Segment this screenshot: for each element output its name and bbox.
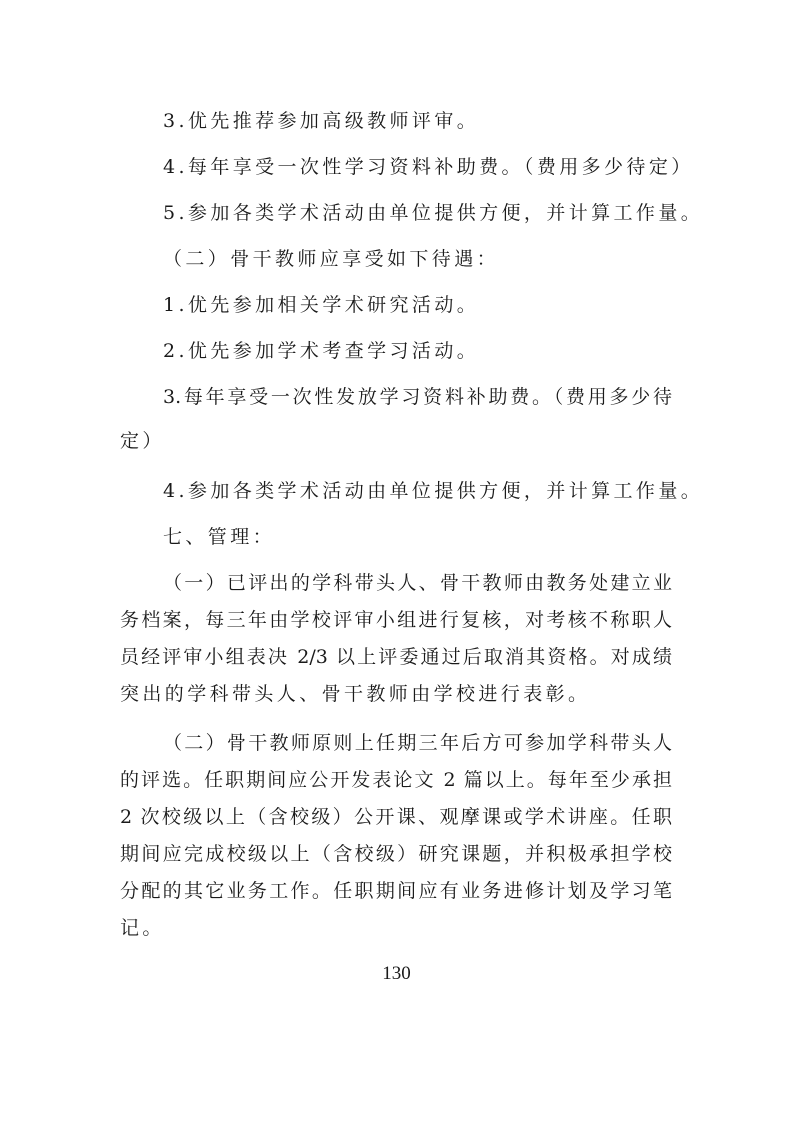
- text-line: 七、管理：: [163, 525, 672, 549]
- text-line: 3.优先推荐参加高级教师评审。: [163, 109, 672, 133]
- text-line: 定）: [120, 429, 672, 453]
- text-line: 期间应完成校级以上（含校级）研究课题，并积极承担学校: [120, 842, 672, 866]
- text-line: （二）骨干教师原则上任期三年后方可参加学科带头人: [163, 731, 672, 755]
- text-line: （二）骨干教师应享受如下待遇：: [163, 247, 672, 271]
- page-number: 130: [0, 962, 793, 986]
- text-line: 的评选。任职期间应公开发表论文 2 篇以上。每年至少承担: [120, 768, 672, 792]
- text-line: 3.每年享受一次性发放学习资料补助费。（费用多少待: [163, 385, 672, 409]
- text-line: 4.参加各类学术活动由单位提供方便，并计算工作量。: [163, 479, 672, 503]
- text-line: 员经评审小组表决 2/3 以上评委通过后取消其资格。对成绩: [120, 645, 672, 669]
- text-line: 分配的其它业务工作。任职期间应有业务进修计划及学习笔: [120, 879, 672, 903]
- text-line: （一）已评出的学科带头人、骨干教师由教务处建立业: [163, 571, 672, 595]
- text-line: 2 次校级以上（含校级）公开课、观摩课或学术讲座。任职: [120, 805, 672, 829]
- text-line: 4.每年享受一次性学习资料补助费。（费用多少待定）: [163, 155, 672, 179]
- text-line: 1.优先参加相关学术研究活动。: [163, 293, 672, 317]
- text-line: 5.参加各类学术活动由单位提供方便，并计算工作量。: [163, 201, 672, 225]
- text-line: 记。: [120, 916, 672, 940]
- text-line: 务档案，每三年由学校评审小组进行复核，对考核不称职人: [120, 608, 672, 632]
- text-line: 突出的学科带头人、骨干教师由学校进行表彰。: [120, 682, 672, 706]
- text-line: 2.优先参加学术考查学习活动。: [163, 339, 672, 363]
- document-page: 3.优先推荐参加高级教师评审。4.每年享受一次性学习资料补助费。（费用多少待定）…: [0, 0, 793, 1122]
